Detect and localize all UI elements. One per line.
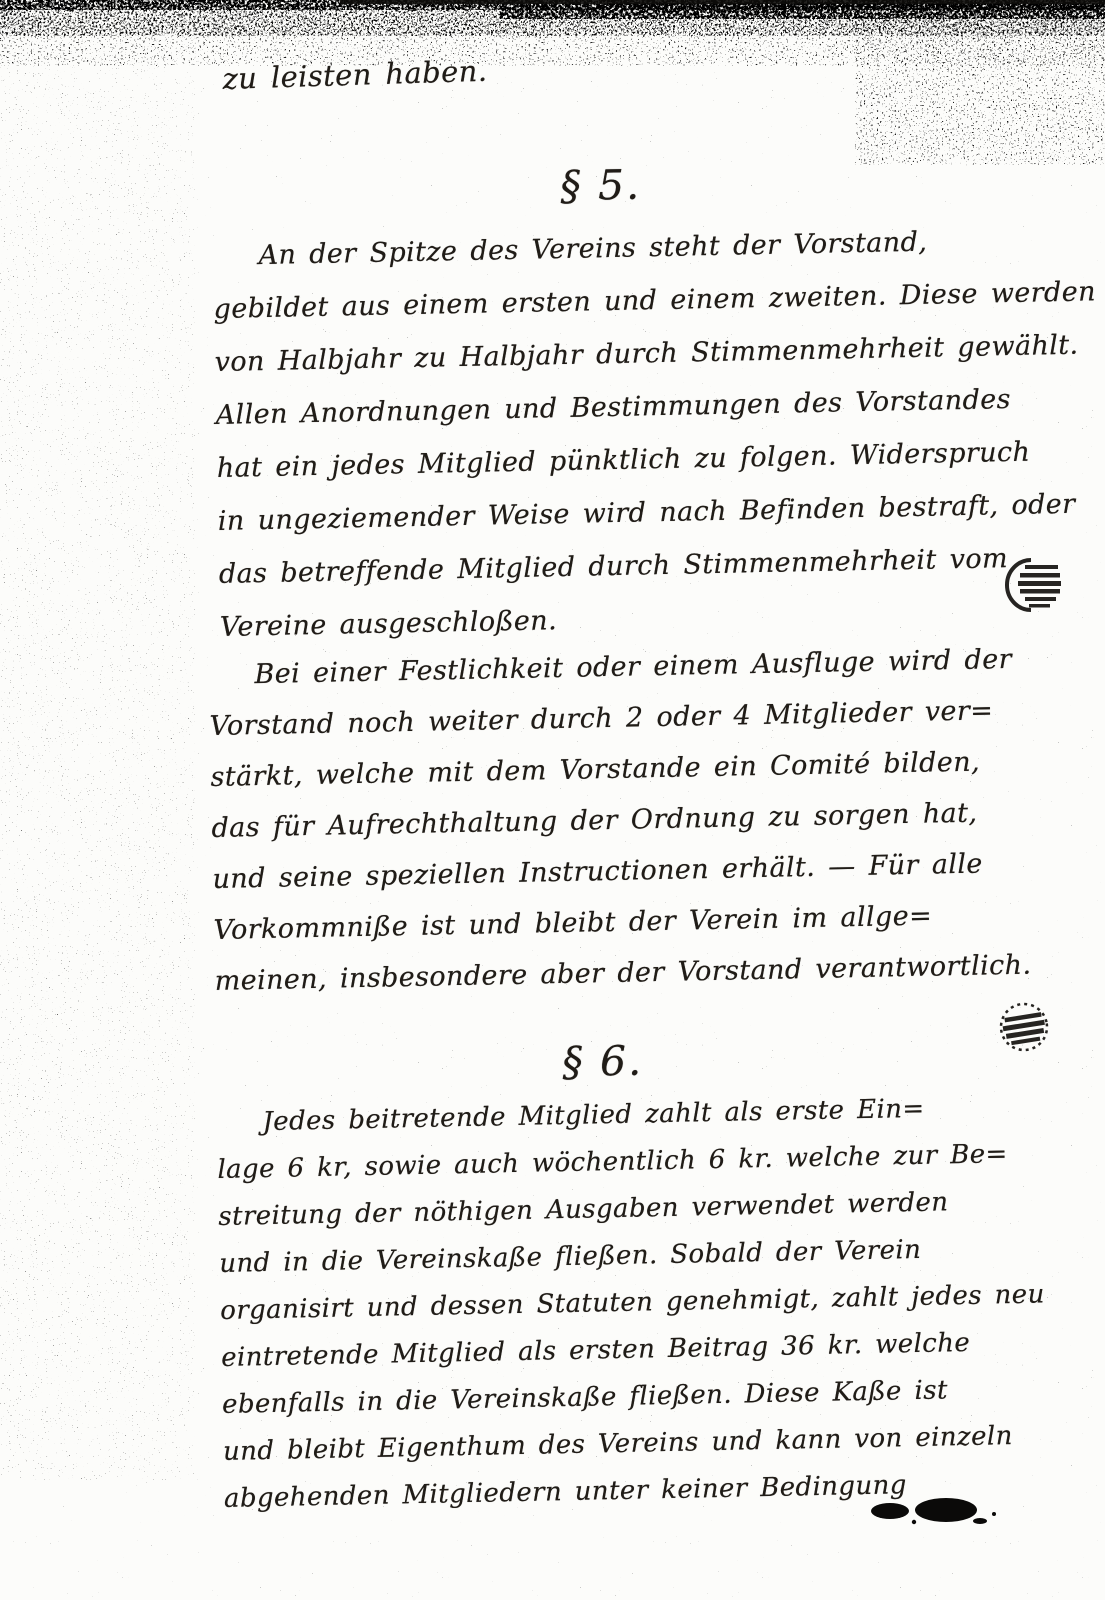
- section-heading-6: § 6.: [562, 1037, 643, 1086]
- scanned-document-page: zu leisten haben. § 5. An der Spitze des…: [0, 0, 1105, 1600]
- paragraph-1: An der Spitze des Vereins steht der Vors…: [212, 212, 1103, 654]
- paragraph-3: Jedes beitretende Mitglied zahlt als ers…: [216, 1083, 1049, 1522]
- paragraph-2: Bei einer Festlichkeit oder einem Ausflu…: [208, 634, 1032, 1007]
- embossed-seal-icon: [996, 1000, 1052, 1058]
- opening-line: zu leisten haben.: [222, 54, 488, 96]
- section-heading-5: § 5.: [560, 161, 641, 210]
- ink-blot: [866, 1496, 1006, 1536]
- embossed-seal-icon: [1004, 556, 1062, 618]
